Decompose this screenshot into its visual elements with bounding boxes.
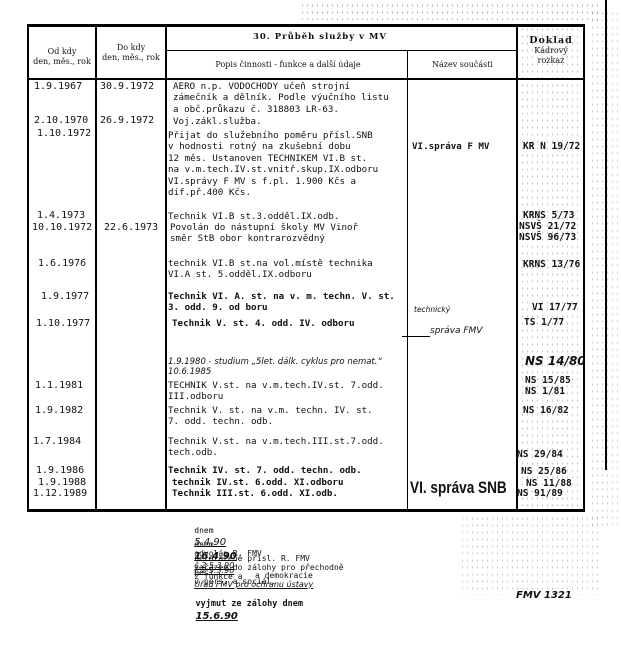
doc-signature-fmv: FMV 1321 (516, 590, 572, 601)
row-description: technik IV.st. 6.odd. XI.odboru (172, 477, 343, 488)
row-doc-ref: TS 1/77 (524, 317, 564, 328)
row-to-date: 30.9.1972 (100, 81, 154, 92)
column-divider-2 (165, 24, 167, 512)
row-description: Technik VI. A. st. na v. m. techn. V. st… (168, 291, 395, 314)
row-from-date: 10.10.1972 (32, 222, 92, 233)
row-description: Technik V.st. na v.m.tech.III.st.7.odd. … (168, 436, 384, 459)
row-doc-ref: NSVŠ 21/72 NSVŠ 96/73 (519, 221, 576, 244)
row-doc-ref: NS 91/89 (517, 488, 563, 499)
row-description: AERO n.p. VODOCHODY učeň strojní zámeční… (173, 81, 389, 115)
scan-noise-top (300, 2, 600, 20)
header-unit: Název součásti (409, 60, 516, 70)
row-description: technik VI.B st.na vol.místě technika VI… (168, 258, 373, 281)
row-from-date: 1.10.1977 (36, 318, 90, 329)
row-unit-handwritten: správa FMV (430, 326, 482, 337)
header-description: Popis činnosti - funkce a další údaje (168, 60, 408, 70)
row-from-date: 1.4.1973 (37, 210, 85, 221)
header-bottom-rule (27, 78, 585, 80)
row-from-date: 1.12.1989 (33, 488, 87, 499)
scan-noise-bottom (460, 515, 600, 595)
header-document: Doklad Kádrový rozkaz (518, 36, 584, 66)
header-to: Do kdy den, měs., rok (97, 43, 165, 63)
row-doc-ref: KR N 19/72 (523, 141, 580, 152)
row-to-date: 26.9.1972 (100, 115, 154, 126)
column-divider-3 (407, 50, 408, 512)
row-doc-ref: NS 15/85 NS 1/81 (525, 375, 571, 398)
scanned-document-page: Od kdy den, měs., rok Do kdy den, měs., … (0, 0, 621, 649)
row-doc-ref: NS 29/84 (517, 449, 563, 460)
row-doc-ref: NS 16/82 (523, 405, 569, 416)
unit-underline (402, 336, 430, 337)
header-from: Od kdy den, měs., rok (29, 47, 95, 67)
row-unit-handwritten: technický (414, 304, 450, 315)
row-description: Technik III.st. 6.odd. XI.odb. (172, 488, 338, 499)
row-description: Technik V. st. na v.m. techn. IV. st. 7.… (168, 405, 373, 428)
page-edge-line (605, 0, 607, 470)
section-title: 30. Průběh služby v MV (220, 32, 420, 42)
row-doc-ref: KRNS 5/73 (523, 210, 574, 221)
column-divider-4 (516, 24, 518, 512)
row-doc-ref: NS 25/86 (521, 466, 567, 477)
row-description: TECHNIK V.st. na v.m.tech.IV.st. 7.odd. … (168, 380, 384, 403)
scan-noise-right-edge (590, 10, 618, 530)
row-description: Voj.zákl.služba. (173, 116, 262, 127)
row-to-date: 22.6.1973 (104, 222, 158, 233)
row-from-date: 1.9.1986 (36, 465, 84, 476)
column-divider-1 (95, 24, 97, 512)
row-from-date: 1.7.1984 (33, 436, 81, 447)
row-from-date: 2.10.1970 (34, 115, 88, 126)
row-description: Povolán do nástupní školy MV Vinoř směr … (170, 222, 358, 245)
row-doc-ref: VI 17/77 (532, 302, 578, 313)
row-from-date: 1.6.1976 (38, 258, 86, 269)
row-from-date: 1.9.1988 (38, 477, 86, 488)
row-description: Přijat do služebního poměru přísl.SNB v … (168, 130, 378, 198)
release-date: 15.6.90 (195, 611, 237, 622)
row-doc-ref: KRNS 13/76 (523, 259, 580, 270)
row-unit: VI.správa F MV (412, 141, 489, 152)
footer-release-line: vyjmut ze zálohy dnem 15.6.90 (175, 588, 303, 635)
row-from-date: 1.9.1982 (35, 405, 83, 416)
row-description: Technik VI.B st.3.odděl.IX.odb. (168, 211, 339, 222)
row-from-date: 1.1.1981 (35, 380, 83, 391)
footer-democracy-line: a demokracie (255, 570, 313, 581)
row-description: Technik IV. st. 7. odd. techn. odb. (168, 465, 362, 476)
row-description-study-note: 1.9.1980 - studium „5let. dálk. cyklus p… (168, 358, 382, 377)
row-from-date: 1.9.1977 (41, 291, 89, 302)
unit-stamp-vi-sprava-snb: VI. správa SNB (410, 478, 507, 498)
row-from-date: 1.9.1967 (34, 81, 82, 92)
row-description: Technik V. st. 4. odd. IV. odboru (172, 318, 355, 329)
header-subdivider (166, 50, 516, 51)
row-from-date: 1.10.1972 (37, 128, 91, 139)
row-doc-ref-handwritten: NS 14/80 (525, 356, 586, 367)
